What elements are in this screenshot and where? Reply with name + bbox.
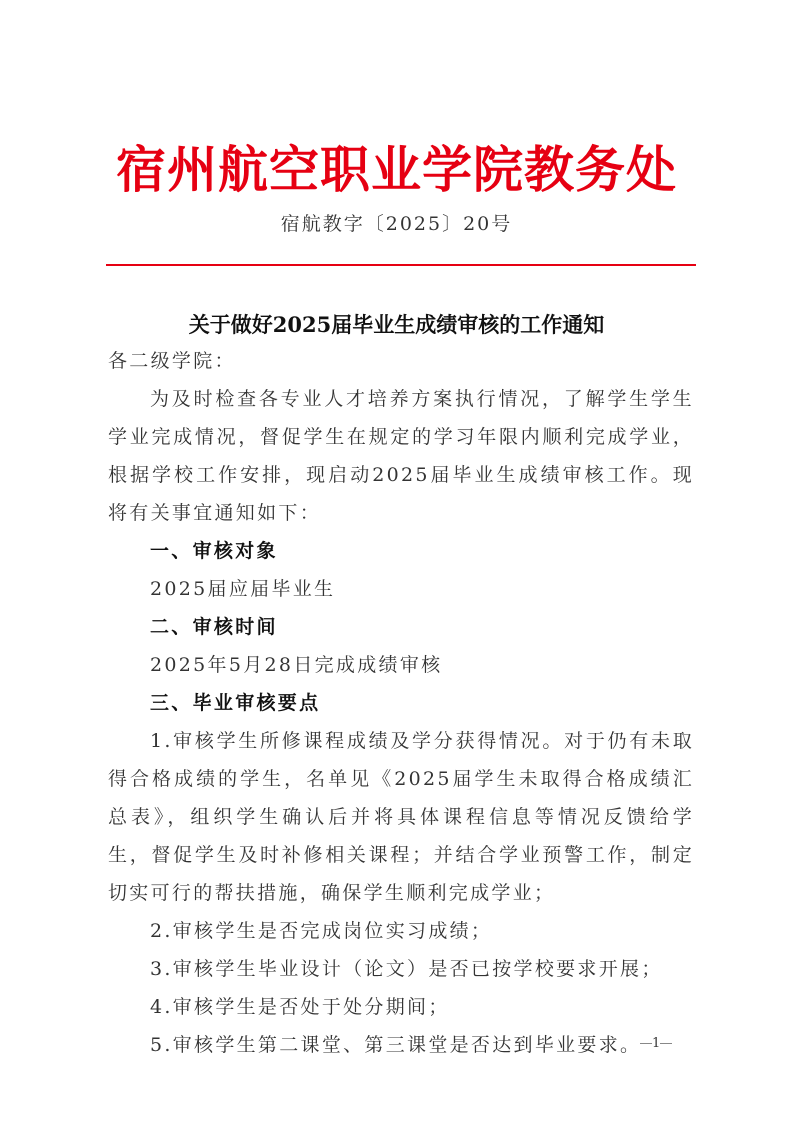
organization-title: 宿州航空职业学院教务处 — [0, 138, 793, 202]
page-number-value: 1 — [652, 1036, 660, 1051]
review-point: 4.审核学生是否处于处分期间； — [108, 988, 694, 1026]
section-heading-points: 三、毕业审核要点 — [108, 684, 694, 722]
review-point: 5.审核学生第二课堂、第三课堂是否达到毕业要求。 — [108, 1026, 694, 1064]
notice-body: 各二级学院： 为及时检查各专业人才培养方案执行情况，了解学生学生学业完成情况，督… — [108, 342, 694, 1064]
dash-decoration — [640, 1043, 652, 1044]
review-point: 3.审核学生毕业设计（论文）是否已按学校要求开展； — [108, 950, 694, 988]
section-heading-target: 一、审核对象 — [108, 532, 694, 570]
section-heading-time: 二、审核时间 — [108, 608, 694, 646]
review-point: 1.审核学生所修课程成绩及学分获得情况。对于仍有未取得合格成绩的学生，名单见《2… — [108, 722, 694, 912]
salutation: 各二级学院： — [108, 342, 694, 380]
page-number: 1 — [640, 1036, 672, 1051]
section-content-target: 2025届应届毕业生 — [108, 570, 694, 608]
intro-paragraph: 为及时检查各专业人才培养方案执行情况，了解学生学生学业完成情况，督促学生在规定的… — [108, 380, 694, 532]
document-number: 宿航教字〔2025〕20号 — [0, 209, 793, 239]
red-divider — [106, 264, 696, 266]
dash-decoration — [660, 1043, 672, 1044]
section-content-time: 2025年5月28日完成成绩审核 — [108, 646, 694, 684]
review-point: 2.审核学生是否完成岗位实习成绩； — [108, 912, 694, 950]
notice-title: 关于做好2025届毕业生成绩审核的工作通知 — [0, 309, 793, 341]
